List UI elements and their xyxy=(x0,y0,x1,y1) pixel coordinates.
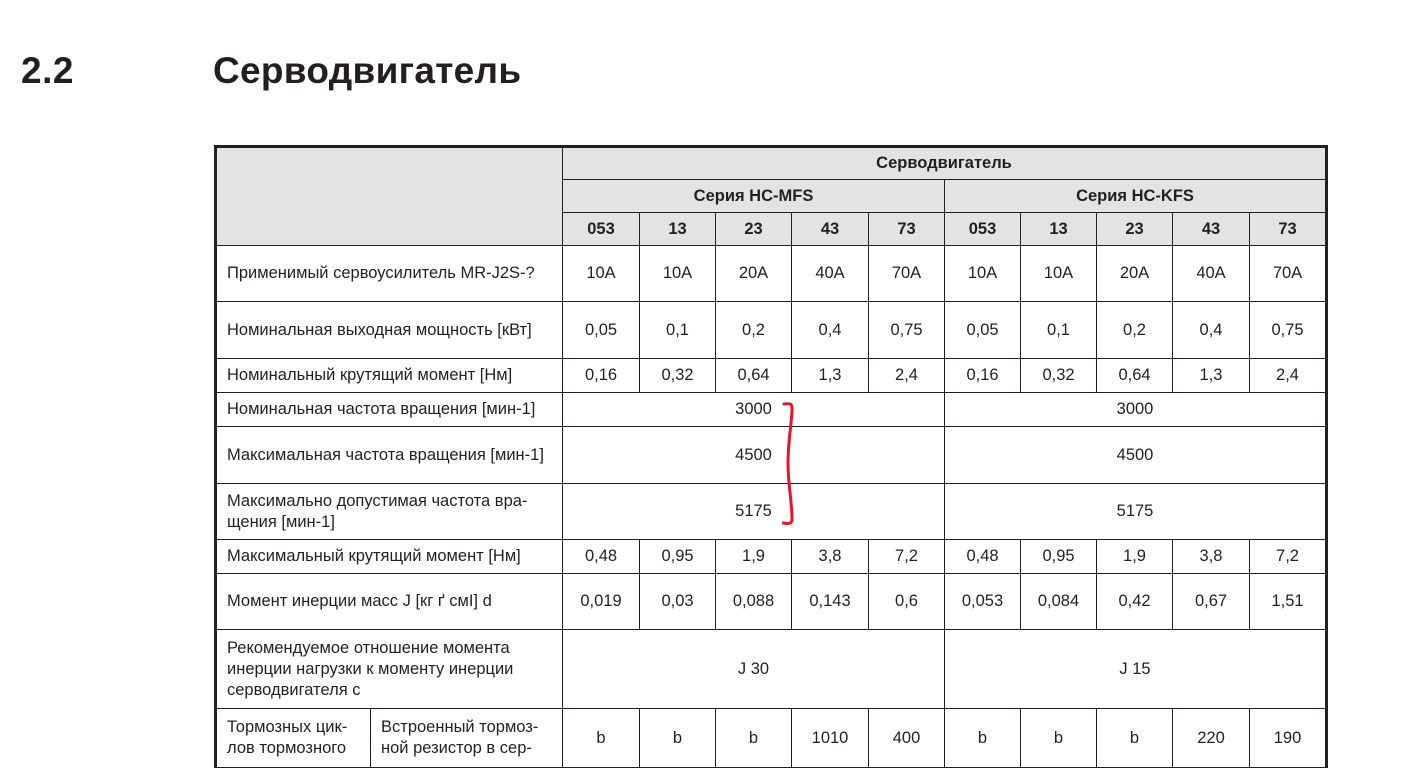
cell-mfs: 70A xyxy=(869,246,945,302)
cell-mfs: 0,64 xyxy=(716,359,792,393)
cell-mfs: b xyxy=(563,709,640,768)
row-label: Максимальный крутящий момент [Нм] xyxy=(216,540,563,574)
cell-kfs: 2,4 xyxy=(1250,359,1327,393)
row-label: Рекомендуемое отношение момента инерции … xyxy=(216,630,563,709)
row-label: Момент инерции масс J [кг ґ смІ] d xyxy=(216,574,563,630)
cell-kfs: 220 xyxy=(1173,709,1250,768)
cell-mfs: 0,95 xyxy=(640,540,716,574)
cell-kfs: 0,75 xyxy=(1250,302,1327,359)
cell-kfs: b xyxy=(945,709,1021,768)
cell-kfs: 0,1 xyxy=(1021,302,1097,359)
table-row: Рекомендуемое отношение момента инерции … xyxy=(216,630,1327,709)
cell-mfs: 1010 xyxy=(792,709,869,768)
cell-kfs: 1,3 xyxy=(1173,359,1250,393)
cell-kfs: 10A xyxy=(1021,246,1097,302)
cell-kfs: 0,053 xyxy=(945,574,1021,630)
table-row: Тормозных цик-лов тормозногоВстроенный т… xyxy=(216,709,1327,768)
corner-header xyxy=(216,147,563,246)
model-header: 053 xyxy=(563,213,640,246)
cell-kfs: 1,51 xyxy=(1250,574,1327,630)
table-row: Применимый сервоусилитель MR-J2S-?10A10A… xyxy=(216,246,1327,302)
row-label: Максимально допустимая частота вра-щения… xyxy=(216,484,563,540)
merged-value-kfs: 5175 xyxy=(945,484,1327,540)
cell-mfs: 2,4 xyxy=(869,359,945,393)
row-label: Номинальная частота вращения [мин-1] xyxy=(216,393,563,427)
row-sublabel: Встроенный тормоз-ной резистор в сер- xyxy=(371,709,563,768)
merged-value-mfs: J 30 xyxy=(563,630,945,709)
cell-mfs: 0,4 xyxy=(792,302,869,359)
table-row: Номинальный крутящий момент [Нм]0,160,32… xyxy=(216,359,1327,393)
cell-mfs: 0,6 xyxy=(869,574,945,630)
cell-mfs: 1,9 xyxy=(716,540,792,574)
cell-mfs: 40A xyxy=(792,246,869,302)
red-bracket-annotation xyxy=(782,401,796,526)
cell-mfs: 0,143 xyxy=(792,574,869,630)
table-row: Максимальная частота вращения [мин-1]450… xyxy=(216,427,1327,484)
cell-kfs: b xyxy=(1021,709,1097,768)
cell-mfs: 0,32 xyxy=(640,359,716,393)
model-header: 43 xyxy=(1173,213,1250,246)
row-label: Номинальный крутящий момент [Нм] xyxy=(216,359,563,393)
table-row: Номинальная выходная мощность [кВт]0,050… xyxy=(216,302,1327,359)
group-header: Серводвигатель xyxy=(563,147,1327,180)
row-label: Тормозных цик-лов тормозного xyxy=(216,709,371,768)
cell-kfs: 0,05 xyxy=(945,302,1021,359)
cell-mfs: 0,019 xyxy=(563,574,640,630)
cell-mfs: b xyxy=(716,709,792,768)
row-label: Номинальная выходная мощность [кВт] xyxy=(216,302,563,359)
model-header: 23 xyxy=(716,213,792,246)
cell-kfs: 7,2 xyxy=(1250,540,1327,574)
merged-value-mfs: 3000 xyxy=(563,393,945,427)
merged-value-mfs: 4500 xyxy=(563,427,945,484)
model-header: 23 xyxy=(1097,213,1173,246)
section-title: Серводвигатель xyxy=(213,50,521,92)
merged-value-kfs: 4500 xyxy=(945,427,1327,484)
cell-mfs: 0,16 xyxy=(563,359,640,393)
row-label: Применимый сервоусилитель MR-J2S-? xyxy=(216,246,563,302)
merged-value-kfs: J 15 xyxy=(945,630,1327,709)
section-number: 2.2 xyxy=(21,50,74,92)
servo-spec-table: Серводвигатель Серия HC-MFS Серия HC-KFS… xyxy=(214,145,1328,768)
merged-value-mfs: 5175 xyxy=(563,484,945,540)
merged-value-kfs: 3000 xyxy=(945,393,1327,427)
series-header-mfs: Серия HC-MFS xyxy=(563,180,945,213)
cell-kfs: 70A xyxy=(1250,246,1327,302)
cell-kfs: 10A xyxy=(945,246,1021,302)
table-row: Номинальная частота вращения [мин-1]3000… xyxy=(216,393,1327,427)
cell-kfs: 0,4 xyxy=(1173,302,1250,359)
cell-mfs: 0,1 xyxy=(640,302,716,359)
cell-kfs: 0,16 xyxy=(945,359,1021,393)
table-row: Момент инерции масс J [кг ґ смІ] d0,0190… xyxy=(216,574,1327,630)
model-header: 13 xyxy=(640,213,716,246)
cell-kfs: 0,32 xyxy=(1021,359,1097,393)
table-row: Максимально допустимая частота вра-щения… xyxy=(216,484,1327,540)
cell-mfs: 0,03 xyxy=(640,574,716,630)
cell-kfs: 0,48 xyxy=(945,540,1021,574)
cell-kfs: 0,42 xyxy=(1097,574,1173,630)
cell-mfs: 0,75 xyxy=(869,302,945,359)
cell-mfs: 0,2 xyxy=(716,302,792,359)
cell-kfs: 0,64 xyxy=(1097,359,1173,393)
cell-mfs: 0,48 xyxy=(563,540,640,574)
model-header: 73 xyxy=(869,213,945,246)
cell-kfs: 0,084 xyxy=(1021,574,1097,630)
cell-mfs: 10A xyxy=(563,246,640,302)
cell-mfs: 400 xyxy=(869,709,945,768)
model-header: 053 xyxy=(945,213,1021,246)
cell-mfs: 7,2 xyxy=(869,540,945,574)
cell-mfs: 10A xyxy=(640,246,716,302)
series-header-kfs: Серия HC-KFS xyxy=(945,180,1327,213)
table-row: Максимальный крутящий момент [Нм]0,480,9… xyxy=(216,540,1327,574)
cell-kfs: 1,9 xyxy=(1097,540,1173,574)
model-header: 13 xyxy=(1021,213,1097,246)
cell-mfs: b xyxy=(640,709,716,768)
cell-mfs: 20A xyxy=(716,246,792,302)
cell-kfs: 40A xyxy=(1173,246,1250,302)
cell-kfs: 190 xyxy=(1250,709,1327,768)
model-header: 73 xyxy=(1250,213,1327,246)
cell-kfs: 0,67 xyxy=(1173,574,1250,630)
cell-mfs: 0,05 xyxy=(563,302,640,359)
cell-mfs: 3,8 xyxy=(792,540,869,574)
row-label: Максимальная частота вращения [мин-1] xyxy=(216,427,563,484)
model-header: 43 xyxy=(792,213,869,246)
cell-kfs: b xyxy=(1097,709,1173,768)
cell-kfs: 0,2 xyxy=(1097,302,1173,359)
cell-kfs: 20A xyxy=(1097,246,1173,302)
cell-kfs: 0,95 xyxy=(1021,540,1097,574)
cell-mfs: 0,088 xyxy=(716,574,792,630)
cell-kfs: 3,8 xyxy=(1173,540,1250,574)
cell-mfs: 1,3 xyxy=(792,359,869,393)
